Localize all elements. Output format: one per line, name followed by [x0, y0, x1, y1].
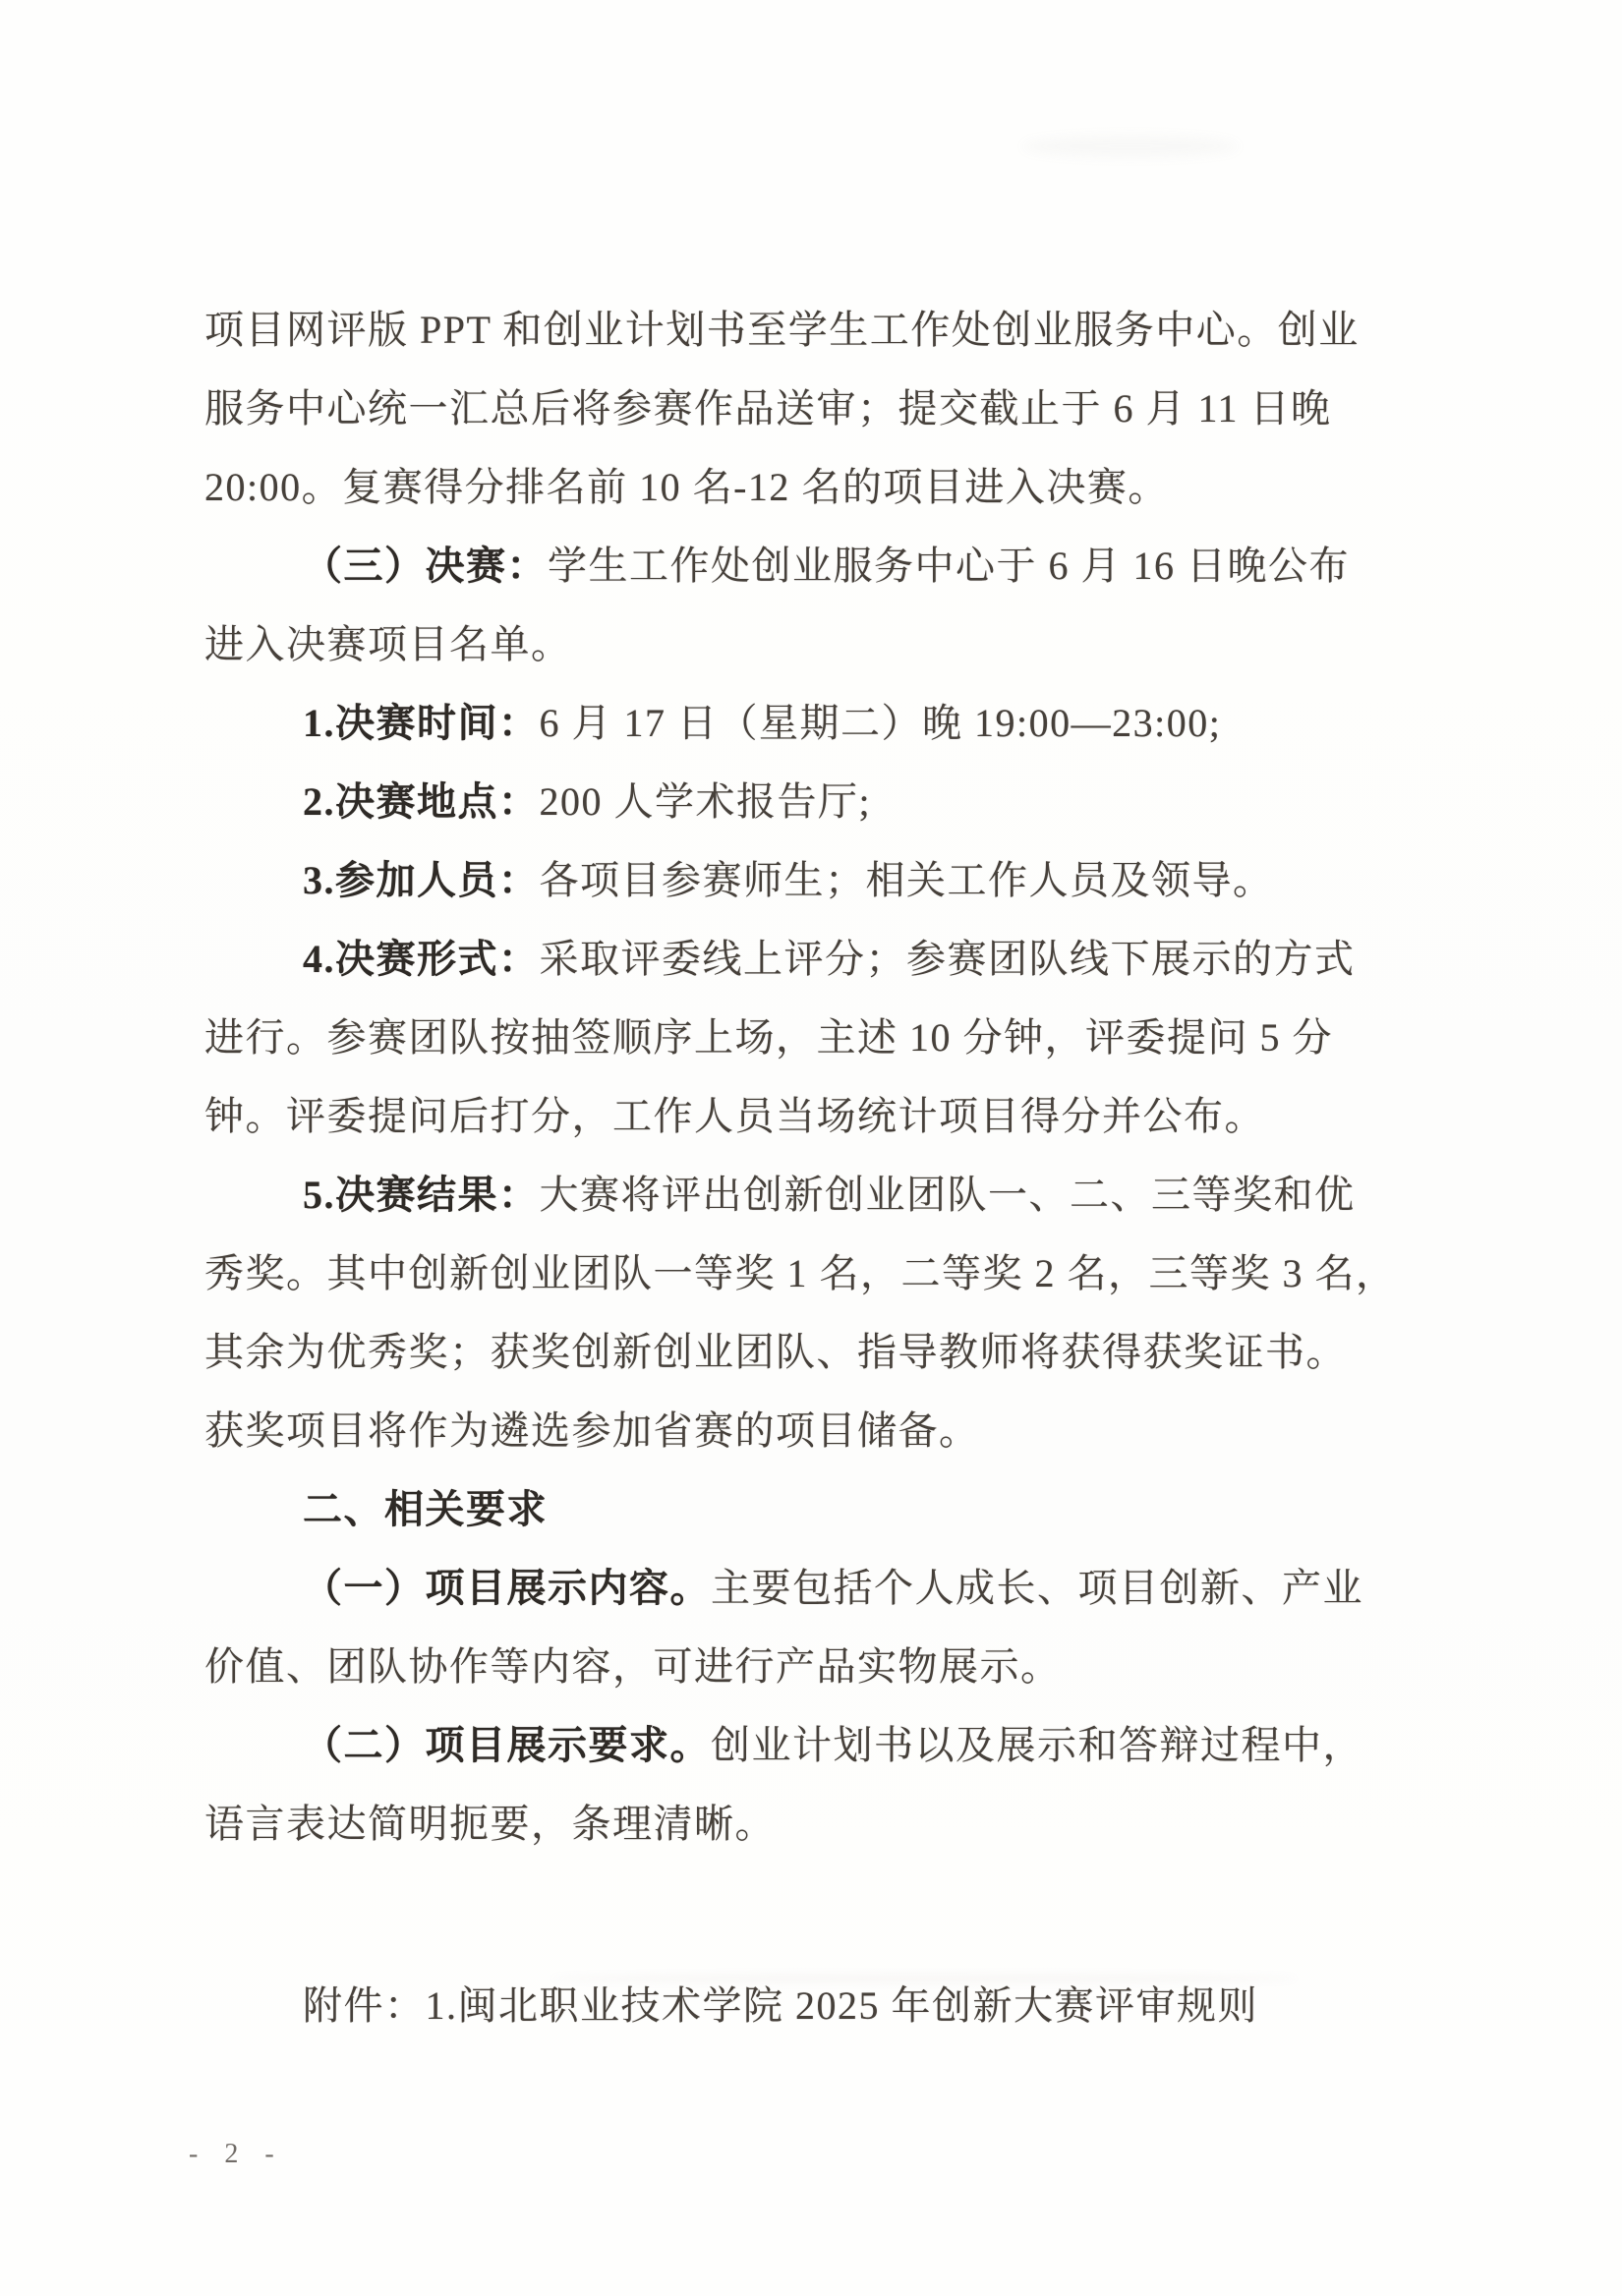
doc-line-12-text: 秀奖。其中创新创业团队一等奖 1 名，二等奖 2 名，三等奖 3 名， — [204, 1251, 1397, 1295]
doc-line-11-text: 大赛将评出创新创业团队一、二、三等奖和优 — [540, 1173, 1356, 1217]
doc-line-13-text: 其余为优秀奖；获奖创新创业团队、指导教师将获得获奖证书。 — [204, 1330, 1347, 1374]
doc-line-16: （一）项目展示内容。主要包括个人成长、项目创新、产业 — [204, 1549, 1419, 1628]
doc-line-4: 进入决赛项目名单。 — [204, 605, 1419, 684]
doc-line-3-text: 学生工作处创业服务中心于 6 月 16 日晚公布 — [548, 544, 1350, 588]
doc-line-2: 20:00。复赛得分排名前 10 名-12 名的项目进入决赛。 — [204, 448, 1419, 527]
doc-line-10: 钟。评委提问后打分，工作人员当场统计项目得分并公布。 — [204, 1077, 1419, 1156]
doc-line-7: 3.参加人员：各项目参赛师生；相关工作人员及领导。 — [204, 841, 1419, 920]
doc-line-4-text: 进入决赛项目名单。 — [204, 622, 572, 666]
doc-line-1: 服务中心统一汇总后将参赛作品送审；提交截止于 6 月 11 日晚 — [204, 370, 1419, 448]
doc-line-5-text: 6 月 17 日（星期二）晚 19:00—23:00; — [540, 701, 1222, 745]
doc-line-1-text: 服务中心统一汇总后将参赛作品送审；提交截止于 6 月 11 日晚 — [204, 386, 1332, 430]
doc-line-3: （三）决赛：学生工作处创业服务中心于 6 月 16 日晚公布 — [204, 527, 1419, 605]
doc-line-5-bold: 1.决赛时间： — [303, 701, 540, 745]
doc-line-10-text: 钟。评委提问后打分，工作人员当场统计项目得分并公布。 — [204, 1094, 1265, 1138]
doc-line-9-text: 进行。参赛团队按抽签顺序上场，主述 10 分钟，评委提问 5 分 — [204, 1015, 1333, 1060]
doc-line-8-text: 采取评委线上评分；参赛团队线下展示的方式 — [540, 937, 1356, 981]
doc-line-0: 项目网评版 PPT 和创业计划书至学生工作处创业服务中心。创业 — [204, 291, 1419, 370]
doc-line-16-bold: （一）项目展示内容。 — [303, 1566, 711, 1610]
doc-line-6-bold: 2.决赛地点： — [303, 779, 540, 824]
doc-line-0-text: 项目网评版 PPT 和创业计划书至学生工作处创业服务中心。创业 — [204, 308, 1360, 352]
doc-line-11-bold: 5.决赛结果： — [303, 1173, 540, 1217]
doc-line-11: 5.决赛结果：大赛将评出创新创业团队一、二、三等奖和优 — [204, 1156, 1419, 1234]
doc-line-6: 2.决赛地点：200 人学术报告厅; — [204, 763, 1419, 841]
doc-line-17: 价值、团队协作等内容，可进行产品实物展示。 — [204, 1628, 1419, 1706]
doc-line-16-text: 主要包括个人成长、项目创新、产业 — [711, 1566, 1363, 1610]
doc-line-3-bold: （三）决赛： — [303, 544, 548, 588]
doc-line-5: 1.决赛时间：6 月 17 日（星期二）晚 19:00—23:00; — [204, 684, 1419, 763]
doc-line-14-text: 获奖项目将作为遴选参加省赛的项目储备。 — [204, 1408, 980, 1453]
doc-line-19: 语言表达简明扼要，条理清晰。 — [204, 1785, 1419, 1864]
doc-line-15-bold: 二、相关要求 — [303, 1487, 548, 1531]
doc-line-8: 4.决赛形式：采取评委线上评分；参赛团队线下展示的方式 — [204, 920, 1419, 999]
doc-line-8-bold: 4.决赛形式： — [303, 937, 540, 981]
doc-line-13: 其余为优秀奖；获奖创新创业团队、指导教师将获得获奖证书。 — [204, 1313, 1419, 1392]
doc-line-18-text: 创业计划书以及展示和答辩过程中， — [711, 1723, 1363, 1767]
doc-line-7-bold: 3.参加人员： — [303, 858, 540, 902]
doc-attachment-line: 附件：1.闽北职业技术学院 2025 年创新大赛评审规则 — [204, 1967, 1419, 2045]
document-body: 项目网评版 PPT 和创业计划书至学生工作处创业服务中心。创业 服务中心统一汇总… — [204, 291, 1419, 2045]
doc-line-6-text: 200 人学术报告厅; — [540, 779, 872, 824]
doc-line-17-text: 价值、团队协作等内容，可进行产品实物展示。 — [204, 1644, 1062, 1689]
doc-line-18-bold: （二）项目展示要求。 — [303, 1723, 711, 1767]
doc-line-14: 获奖项目将作为遴选参加省赛的项目储备。 — [204, 1392, 1419, 1470]
doc-line-12: 秀奖。其中创新创业团队一等奖 1 名，二等奖 2 名，三等奖 3 名， — [204, 1234, 1419, 1313]
doc-heading-related-requirements: 二、相关要求 — [204, 1470, 1419, 1549]
doc-line-20-text: 附件：1.闽北职业技术学院 2025 年创新大赛评审规则 — [303, 1983, 1258, 2028]
doc-line-9: 进行。参赛团队按抽签顺序上场，主述 10 分钟，评委提问 5 分 — [204, 999, 1419, 1077]
doc-line-2-text: 20:00。复赛得分排名前 10 名-12 名的项目进入决赛。 — [204, 465, 1169, 509]
scan-smudge-artifact — [1022, 136, 1239, 157]
doc-line-19-text: 语言表达简明扼要，条理清晰。 — [204, 1802, 776, 1846]
doc-line-18: （二）项目展示要求。创业计划书以及展示和答辩过程中， — [204, 1706, 1419, 1785]
doc-line-7-text: 各项目参赛师生；相关工作人员及领导。 — [540, 858, 1274, 902]
page-number: - 2 - — [189, 2135, 284, 2174]
scanned-document-page: 项目网评版 PPT 和创业计划书至学生工作处创业服务中心。创业 服务中心统一汇总… — [0, 0, 1622, 2296]
